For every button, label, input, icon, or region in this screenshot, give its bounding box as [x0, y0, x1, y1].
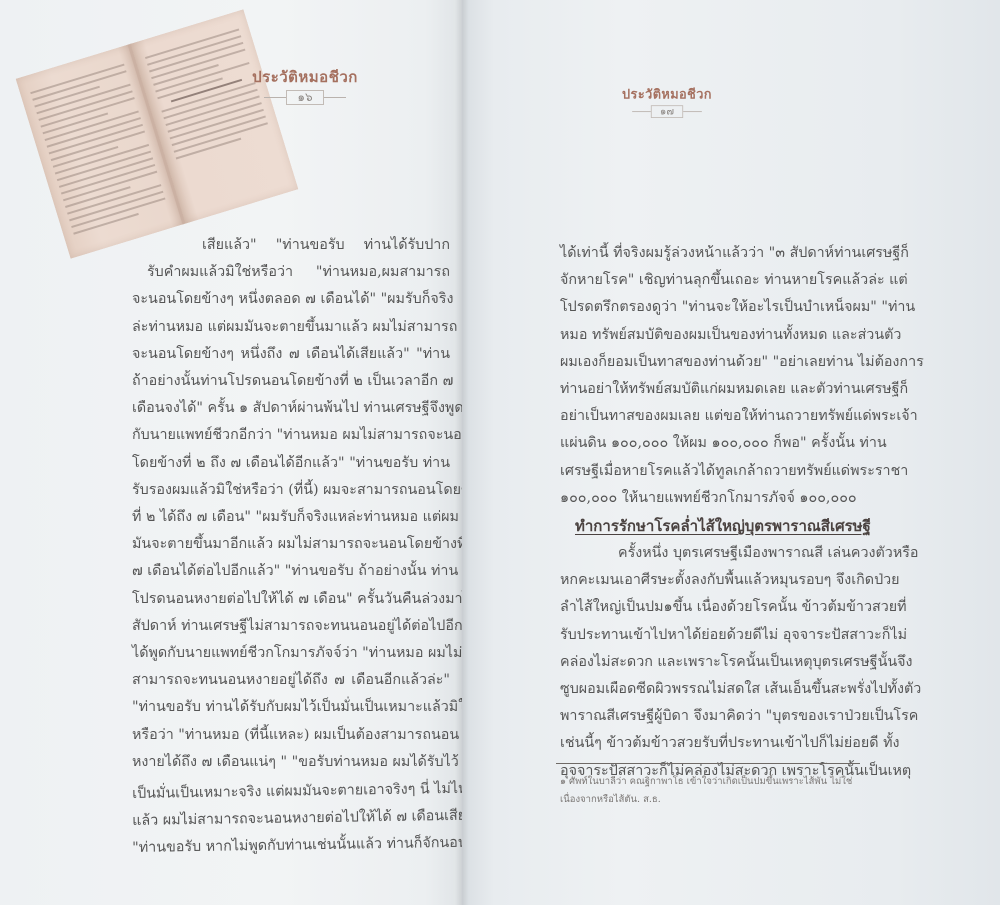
footnote: ๑ ศัพท์ในบาลีว่า คณฐิกาพาโธ เข้าใจว่าเกิ…: [560, 773, 856, 809]
right-page-body: ได้เท่านี้ ที่จริงผมรู้ล่วงหน้าแล้วว่า "…: [560, 240, 856, 512]
left-page-body: เสียแล้ว" "ท่านขอรับ ท่านได้รับปาก รับคำ…: [132, 232, 450, 858]
text-line: สัปดาห์ ท่านเศรษฐีไม่สามารถจะทนนอนอยู่ได…: [132, 613, 450, 640]
text-line: "ท่านขอรับ ท่านได้รับกับผมไว้เป็นมั่นเป็…: [132, 694, 450, 721]
text-line: มันจะตายขึ้นมาอีกแล้ว ผมไม่สามารถจะนอนโด…: [132, 531, 450, 558]
text-line: คล่องไม่สะดวก และเพราะโรคนั้นเป็นเหตุบุต…: [560, 649, 856, 676]
old-book-photo: [16, 9, 299, 258]
running-head-right: ประวัติหมอชีวก ๑๗: [620, 84, 714, 118]
text-line: หงายได้ถึง ๗ เดือนแน่ๆ " "ขอรับท่านหมอ ผ…: [132, 749, 450, 776]
text-line: โปรดนอนหงายต่อไปให้ได้ ๗ เดือน" ครั้นวัน…: [132, 586, 450, 613]
text-line: ๗ เดือนได้ต่อไปอีกแล้ว" "ท่านขอรับ ถ้าอย…: [132, 558, 450, 585]
text-line: พาราณสีเศรษฐีผู้บิดา จึงมาคิดว่า "บุตรขอ…: [560, 703, 856, 730]
text-line: เดือนจงได้" ครั้น ๑ สัปดาห์ผ่านพ้นไป ท่า…: [132, 395, 450, 422]
text-line: ครั้งหนึ่ง บุตรเศรษฐีเมืองพาราณสี เล่นคว…: [560, 540, 856, 567]
text-line: ล่ะท่านหมอ แต่ผมมันจะตายขึ้นมาแล้ว ผมไม่…: [132, 314, 450, 341]
text-line: ได้เท่านี้ ที่จริงผมรู้ล่วงหน้าแล้วว่า "…: [560, 240, 856, 267]
page-number: ๑๖: [286, 90, 324, 105]
text-line: หกคะเมนเอาศีรษะตั้งลงกับพื้นแล้วหมุนรอบๆ…: [560, 567, 856, 594]
section-body: ครั้งหนึ่ง บุตรเศรษฐีเมืองพาราณสี เล่นคว…: [560, 540, 856, 785]
text-line: เสียแล้ว" "ท่านขอรับ ท่านได้รับปาก: [132, 232, 450, 259]
text-line: ที่ ๒ ได้ถึง ๗ เดือน" "ผมรับก็จริงแหล่ะท…: [132, 504, 450, 531]
book-spread: ประวัติหมอชีวก ๑๖ เสียแล้ว" "ท่านขอรับ ท…: [0, 0, 1000, 905]
text-line: ซูบผอมเผือดซีดผิวพรรณไม่สดใส เส้นเอ็นขึ้…: [560, 676, 856, 703]
text-line: เศรษฐีเมื่อหายโรคแล้วได้ทูลเกล้าถวายทรัพ…: [560, 458, 856, 485]
text-line: สามารถจะทนนอนหงายอยู่ได้ถึง ๗ เดือนอีกแล…: [132, 667, 450, 694]
text-line: หมอ ทรัพย์สมบัติของผมเป็นของท่านทั้งหมด …: [560, 322, 856, 349]
ornament-rule: [632, 111, 651, 112]
text-line: ได้พูดกับนายแพทย์ชีวกโกมารภัจจ์ว่า "ท่าน…: [132, 640, 450, 667]
book-gutter: [455, 0, 469, 905]
footnote-line: เนื่องจากหรือไส้ตัน. ส.ธ.: [560, 791, 856, 809]
text-line: เช่นนี้ๆ ข้าวต้มข้าวสวยรับที่ประทานเข้าไ…: [560, 730, 856, 757]
text-line: กับนายแพทย์ชีวกอีกว่า "ท่านหมอ ผมไม่สามา…: [132, 422, 450, 449]
text-line: จะนอนโดยข้างๆ หนึ่งตลอด ๗ เดือนได้" "ผมร…: [132, 286, 450, 313]
running-head-title: ประวัติหมอชีวก: [620, 84, 714, 104]
text-line: รับประทานเข้าไปหาได้ย่อยด้วยดีไม่ อุจจาร…: [560, 622, 856, 649]
running-head-left: ประวัติหมอชีวก ๑๖: [240, 65, 370, 105]
ornament-rule: [683, 111, 702, 112]
text-line: รับคำผมแล้วมิใช่หรือว่า "ท่านหมอ,ผมสามาร…: [132, 259, 450, 286]
text-line: ผมเองก็ยอมเป็นทาสของท่านด้วย" "อย่าเลยท่…: [560, 349, 856, 376]
text-line: จะนอนโดยข้างๆ หนึ่งถึง ๗ เดือนได้เสียแล้…: [132, 341, 450, 368]
text-line: โปรดตรึกตรองดูว่า "ท่านจะให้อะไรเป็นบำเห…: [560, 294, 856, 321]
text-line: โดยข้างที่ ๒ ถึง ๗ เดือนได้อีกแล้ว" "ท่า…: [132, 450, 450, 477]
running-head-title: ประวัติหมอชีวก: [240, 65, 370, 89]
text-line: อย่าเป็นทาสของผมเลย แต่ขอให้ท่านถวายทรัพ…: [560, 403, 856, 430]
ornament-rule: [324, 97, 346, 98]
ornament-rule: [264, 97, 286, 98]
footnote-divider: [556, 763, 860, 764]
text-line: แผ่นดิน ๑๐๐,๐๐๐ ให้ผม ๑๐๐,๐๐๐ ก็พอ" ครั้…: [560, 430, 856, 457]
footnote-line: ๑ ศัพท์ในบาลีว่า คณฐิกาพาโธ เข้าใจว่าเกิ…: [560, 773, 856, 791]
text-line: จักหายโรค" เชิญท่านลุกขึ้นเถอะ ท่านหายโร…: [560, 267, 856, 294]
section-heading: ทำการรักษาโรคล่ำไส้ใหญ่บุตรพาราณสีเศรษฐี: [575, 514, 850, 538]
text-line: ท่านอย่าให้ทรัพย์สมบัติแก่ผมหมดเลย และตั…: [560, 376, 856, 403]
text-line: ๑๐๐,๐๐๐ ให้นายแพทย์ชีวกโกมารภัจจ์ ๑๐๐,๐๐…: [560, 485, 856, 512]
page-number: ๑๗: [651, 105, 683, 118]
text-line: ลำไส้ใหญ่เป็นปม๑ขึ้น เนื่องด้วยโรคนั้น ข…: [560, 594, 856, 621]
text-line: ถ้าอย่างนั้นท่านโปรดนอนโดยข้างที่ ๒ เป็น…: [132, 368, 450, 395]
text-line: "ท่านขอรับ หากไม่พูดกับท่านเช่นนั้นแล้ว …: [132, 830, 450, 862]
text-line: รับรองผมแล้วมิใช่หรือว่า (ที่นี้) ผมจะสา…: [132, 477, 450, 504]
text-line: หรือว่า "ท่านหมอ (ที่นี้แหละ) ผมเป็นต้อง…: [132, 722, 450, 749]
left-page: ประวัติหมอชีวก ๑๖ เสียแล้ว" "ท่านขอรับ ท…: [0, 0, 462, 905]
